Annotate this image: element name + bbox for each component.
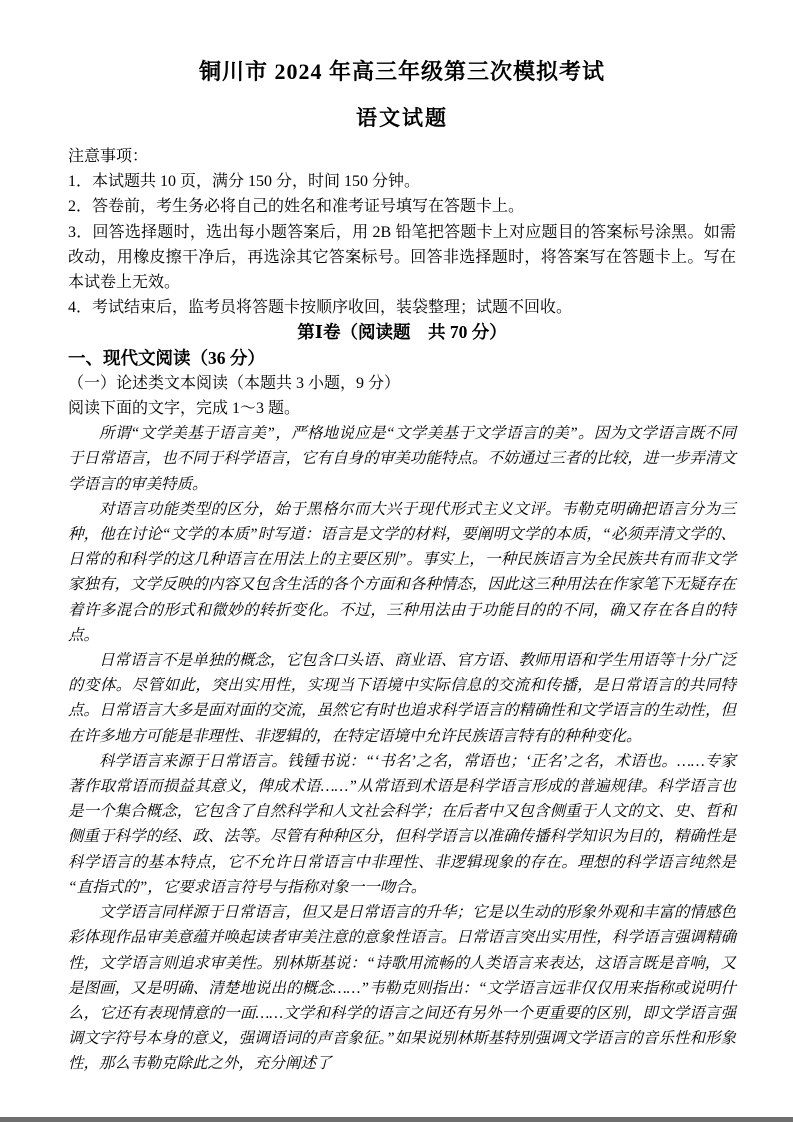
- exam-subject-title: 语文试题: [68, 104, 736, 132]
- notice-item-2: 2．答卷前，考生务必将自己的姓名和准考证号填写在答题卡上。: [68, 194, 736, 219]
- exam-title: 铜川市 2024 年高三年级第三次模拟考试: [68, 56, 736, 88]
- exam-paper-page: 铜川市 2024 年高三年级第三次模拟考试 语文试题 注意事项： 1．本试题共 …: [0, 0, 793, 1122]
- passage-paragraph-4: 科学语言来源于日常语言。钱锺书说：“‘书名’之名，常语也；‘正名’之名，术语也。…: [68, 749, 736, 900]
- subsection-heading: （一）论述类文本阅读（本题共 3 小题，9 分）: [68, 371, 736, 396]
- notice-item-1: 1．本试题共 10 页，满分 150 分，时间 150 分钟。: [68, 169, 736, 194]
- page-bottom-edge: [0, 1117, 793, 1122]
- notice-item-4: 4．考试结束后，监考员将答题卡按顺序收回，装袋整理；试题不回收。: [68, 295, 736, 320]
- page-content: 铜川市 2024 年高三年级第三次模拟考试 语文试题 注意事项： 1．本试题共 …: [0, 0, 793, 1077]
- section-heading: 一、现代文阅读（36 分）: [68, 346, 736, 371]
- passage-paragraph-5: 文学语言同样源于日常语言，但又是日常语言的升华；它是以生动的形象外观和丰富的情感…: [68, 900, 736, 1076]
- passage-paragraph-3: 日常语言不是单独的概念，它包含口头语、商业语、官方语、教师用语和学生用语等十分广…: [68, 648, 736, 749]
- passage-paragraph-2: 对语言功能类型的区分，始于黑格尔而大兴于现代形式主义文评。韦勒克明确把语言分为三…: [68, 497, 736, 648]
- reading-instruction: 阅读下面的文字，完成 1～3 题。: [68, 396, 736, 421]
- volume-heading: 第Ⅰ卷（阅读题 共 70 分）: [68, 320, 736, 345]
- notice-item-3: 3．回答选择题时，选出每小题答案后，用 2B 铅笔把答题卡上对应题目的答案标号涂…: [68, 220, 736, 296]
- reading-passage: 所谓“文学美基于语言美”，严格地说应是“文学美基于文学语言的美”。因为文学语言既…: [68, 421, 736, 1076]
- notices-heading: 注意事项：: [68, 144, 736, 169]
- notices-block: 注意事项： 1．本试题共 10 页，满分 150 分，时间 150 分钟。 2．…: [68, 144, 736, 320]
- passage-paragraph-1: 所谓“文学美基于语言美”，严格地说应是“文学美基于文学语言的美”。因为文学语言既…: [68, 421, 736, 497]
